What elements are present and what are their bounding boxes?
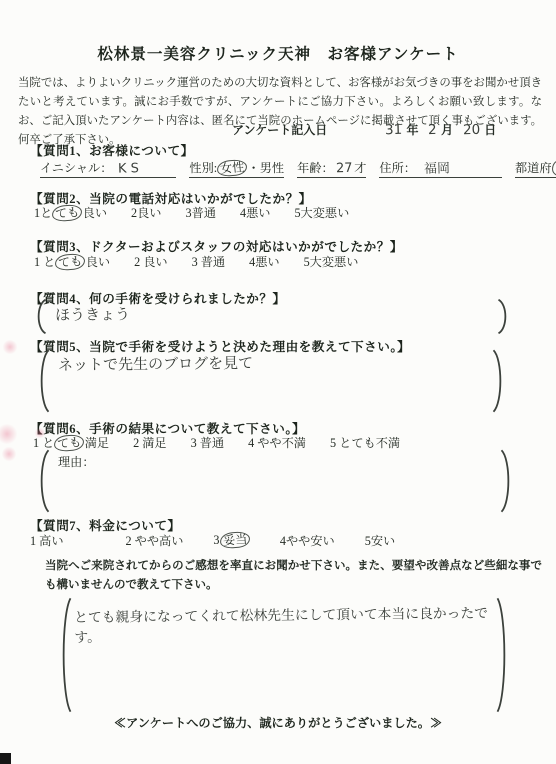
left-bracket (36, 449, 51, 513)
question-1-fields: イニシャル：K S 性別:女性・男性 年齢：27才 住所：福岡 都道府県 (40, 157, 556, 178)
q5-handwritten-answer: ネットで先生のブログを見て (58, 352, 253, 375)
date-day-unit: 日 (484, 121, 496, 138)
date-day-value: 20 (463, 122, 481, 138)
right-bracket (499, 449, 514, 513)
feedback-handwritten-answer: とても親身になってくれて松林先生にして頂いて本当に良かったです。 (74, 602, 488, 646)
q2-option-2: 2良い (131, 204, 161, 221)
age-label: 年齢： (297, 161, 334, 175)
q2-option-1: 1とても良い (34, 204, 107, 221)
scan-smudge (0, 424, 18, 444)
scanned-survey-page: 松林景一美容クリニック天神 お客様アンケート 当院では、よりよいクリニック運営の… (0, 0, 556, 764)
left-bracket (33, 299, 48, 334)
scan-corner-mark (0, 753, 11, 764)
q3-option-4: 4悪い (249, 253, 279, 270)
left-bracket (58, 596, 73, 714)
address-value: 福岡 (416, 156, 502, 177)
feedback-answer-box: とても親身になってくれて松林先生にして頂いて本当に良かったです。 (58, 596, 510, 714)
q7-option-1: 1 高い (30, 532, 64, 549)
question-3-options: 1 とても良い 2 良い 3 普通 4悪い 5大変悪い (34, 253, 358, 270)
q2-selected-circle: ても (52, 204, 84, 223)
survey-date-row: アンケート記入日 31 年 2 月 20 日 (232, 121, 496, 138)
scan-smudge (2, 340, 18, 354)
gender-field: 性別:女性・男性 (189, 159, 284, 178)
question-2-options: 1とても良い 2良い 3普通 4悪い 5大変悪い (34, 204, 349, 221)
gender-separator: ・ (248, 161, 260, 175)
left-bracket (36, 349, 51, 413)
q3-option-5: 5大変悪い (304, 253, 359, 270)
q7-option-2: 2 やや高い (126, 532, 184, 549)
intro-text: 当院では、よりよいクリニック運営のための大切な資料として、お客様がお気づきの事を… (18, 74, 542, 150)
q2-option-4: 4悪い (240, 204, 270, 221)
date-month-unit: 月 (441, 121, 453, 138)
q7-option-5: 5安い (365, 532, 395, 549)
address-field: 住所：福岡 (379, 157, 502, 178)
question-5-answer-box: ネットで先生のブログを見て (36, 349, 506, 413)
feedback-prompt: 当院へご来院されてからのご感想を率直にお聞かせ下さい。また、要望や改善点など些細… (45, 557, 542, 594)
date-label: アンケート記入日 (232, 121, 327, 138)
q7-option-4: 4やや安い (280, 532, 335, 549)
gender-label: 性別: (189, 161, 217, 175)
q3-selected-circle: ても (55, 253, 87, 272)
age-value: 27 (333, 161, 354, 177)
q3-option-2: 2 良い (134, 253, 168, 270)
q2-option-3: 3普通 (186, 204, 216, 221)
thank-you-footer: ≪アンケートへのご協力、誠にありがとうございました。≫ (0, 714, 556, 731)
q7-option-3: 3妥当 (213, 532, 249, 549)
page-title: 松林景一美容クリニック天神 お客様アンケート (0, 42, 556, 64)
scan-smudge (34, 428, 46, 438)
question-7-options: 1 高い 2 やや高い 3妥当 4やや安い 5安い (30, 532, 395, 549)
scan-smudge (2, 446, 16, 462)
age-unit: 才 (354, 161, 366, 175)
date-year-value: 31 (385, 122, 403, 138)
prefecture-text: 都道府 (515, 161, 552, 175)
q7-selected-circle: 妥当 (219, 531, 251, 550)
right-bracket (496, 299, 511, 334)
prefecture-field: 都道府県 (515, 159, 556, 178)
initial-value: K S (112, 160, 176, 177)
reason-label: 理由： (58, 453, 95, 470)
gender-male-option: 男性 (260, 161, 284, 175)
right-bracket (491, 349, 506, 413)
initial-field: イニシャル：K S (40, 159, 176, 178)
question-6-reason-box: 理由： (36, 449, 514, 513)
q3-option-1: 1 とても良い (34, 253, 110, 270)
initial-label: イニシャル： (40, 161, 112, 175)
question-4-answer-box: ほうきょう (33, 299, 511, 334)
right-bracket (495, 596, 510, 714)
q3-option-3: 3 普通 (192, 253, 226, 270)
address-label: 住所： (379, 161, 416, 175)
age-field: 年齢：27才 (297, 159, 366, 178)
date-year-unit: 年 (406, 121, 418, 138)
gender-selected-circle: 女性 (217, 159, 249, 178)
q2-option-5: 5大変悪い (294, 204, 349, 221)
q4-handwritten-answer: ほうきょう (55, 303, 130, 325)
date-month-value: 2 (428, 122, 437, 138)
